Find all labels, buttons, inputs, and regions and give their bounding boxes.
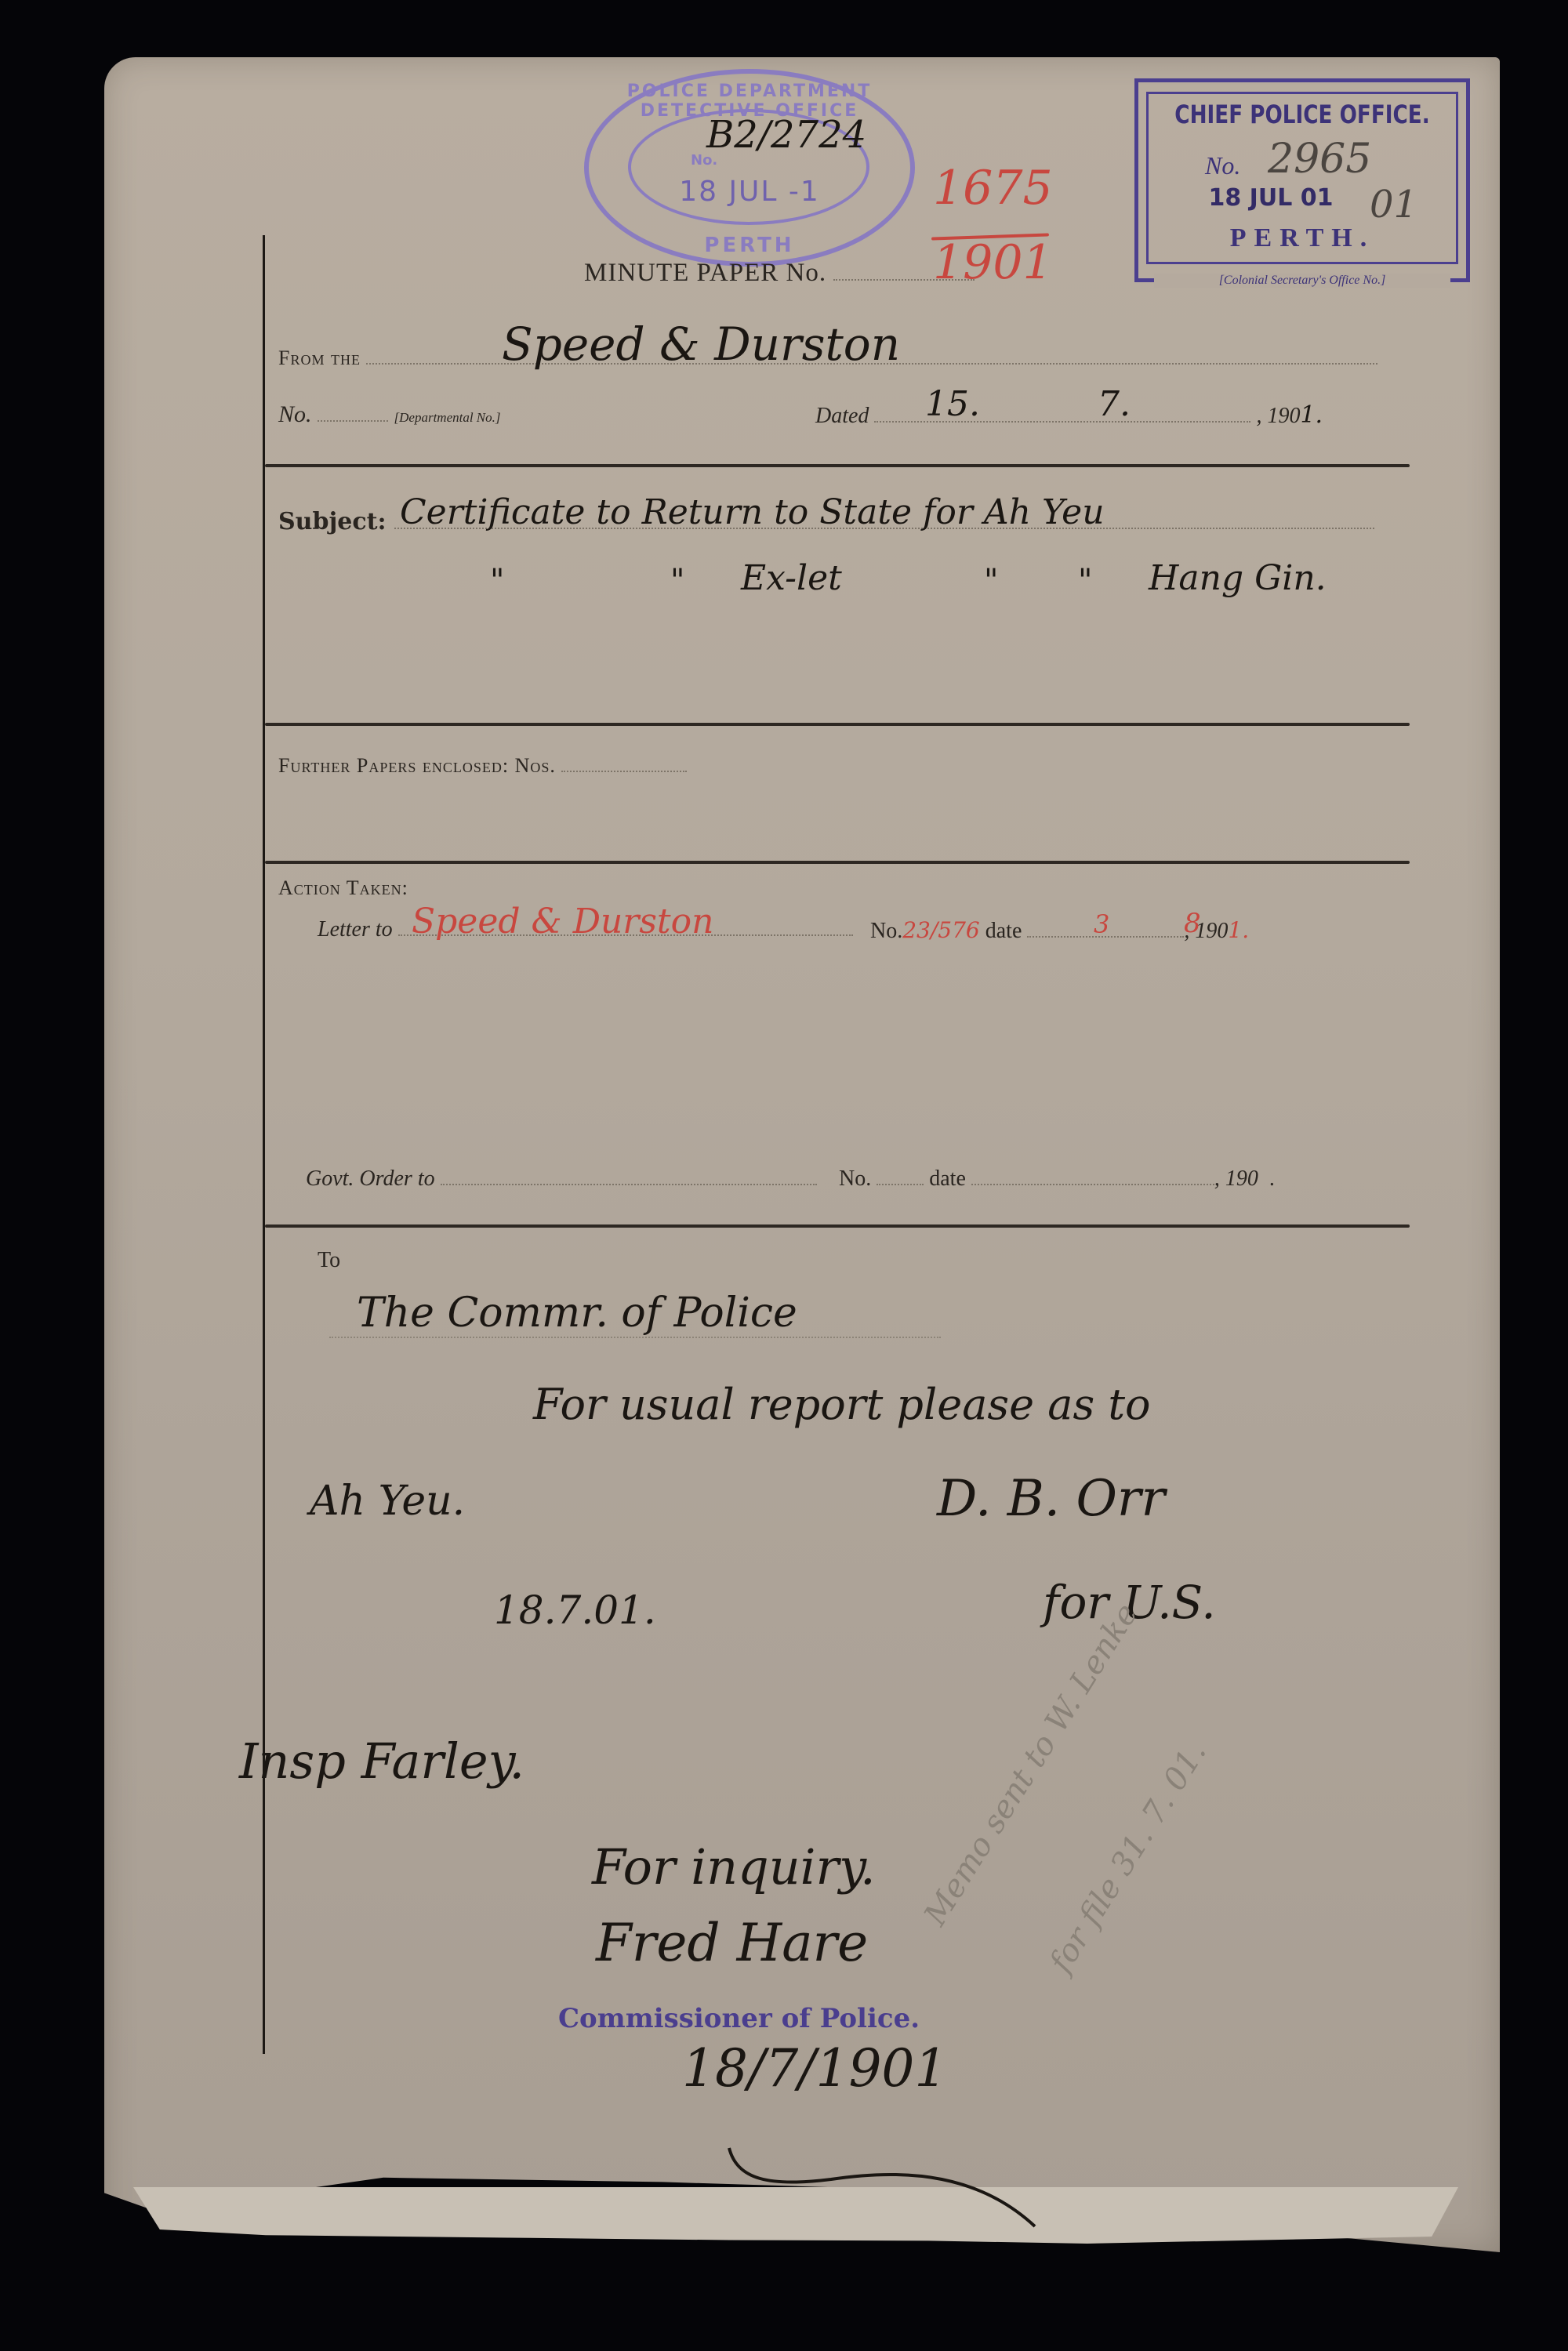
chief-police-office-stamp: CHIEF POLICE OFFICE. No. 2965 18 JUL 01 … [1134,78,1470,282]
govt-order-no-field [877,1184,924,1185]
action-taken-label: Action Taken: [278,876,408,900]
commissioner-stamp: Commissioner of Police. [558,2003,920,2034]
dated-day: 15. [925,384,980,424]
red-reference-number: 1675 [933,161,1053,216]
minute-1-date: 18.7.01. [494,1587,656,1633]
detective-office-stamp: POLICE DEPARTMENT DETECTIVE OFFICE No. B… [584,69,915,267]
minute-paper-label: MINUTE PAPER No. [584,259,975,288]
stamp-city: PERTH. [1138,223,1466,253]
minute-2-addressee: Insp Farley. [239,1732,524,1790]
minute-2-body: For inquiry. [592,1838,876,1896]
govt-order-date-field [971,1184,1214,1185]
minute-2-date: 18/7/1901 [682,2038,947,2099]
minute-1-body-line-1: For usual report please as to [533,1380,1151,1429]
further-papers-label: Further Papers enclosed: Nos. [278,754,687,778]
stamp-handwritten-number: 2965 [1268,136,1371,183]
stamp-city: PERTH [589,234,910,257]
section-divider [265,464,1410,467]
stamp-handwritten-number: B2/2724 [706,113,866,157]
further-papers-field [561,771,687,772]
govt-order-no-row: No. date , 190. [839,1166,1275,1192]
letter-to-value: Speed & Durston [412,902,713,941]
section-divider [265,723,1410,726]
action-date-day: 3 [1094,909,1109,939]
addressee: The Commr. of Police [357,1290,797,1337]
dated-month: 7. [1098,384,1131,424]
departmental-no-field [318,420,388,422]
addressee-field [329,1337,941,1338]
stamp-title: CHIEF POLICE OFFICE. [1168,100,1437,129]
minute-1-body-line-2: Ah Yeu. [310,1478,465,1525]
to-label: To [318,1248,340,1273]
minute-paper-number: 1901 [933,235,1053,290]
govt-order-row: Govt. Order to [306,1166,817,1192]
dated-row: Dated , 1901. [815,401,1323,429]
subject-ditto-1: " [490,563,504,599]
subject-line-2-name2: Hang Gin. [1149,558,1327,598]
stamp-footer: [Colonial Secretary's Office No.] [1154,274,1450,288]
flourish-underline [721,2132,1066,2242]
govt-order-field [441,1184,817,1185]
section-divider [265,861,1410,864]
minute-1-signature: D. B. Orr [937,1470,1165,1528]
subject-ditto-2: " [670,563,684,599]
departmental-no-row: No. [Departmental No.] [278,401,501,428]
subject-line-2-name: Ex-let [741,558,842,598]
subject-ditto-4: " [1078,563,1092,599]
stamp-no-label: No. [1205,151,1240,180]
stamp-date: 18 JUL -1 [589,176,910,208]
from-value: Speed & Durston [502,317,900,371]
minute-2-signature: Fred Hare [596,1913,868,1973]
subject-ditto-3: " [984,563,998,599]
section-divider [265,1224,1410,1228]
stamp-handwritten-year: 01 [1370,183,1417,227]
action-no-value: 23/576 [902,917,980,943]
action-date-month: 8 [1184,908,1201,939]
subject-line-1: Certificate to Return to State for Ah Ye… [400,492,1105,532]
